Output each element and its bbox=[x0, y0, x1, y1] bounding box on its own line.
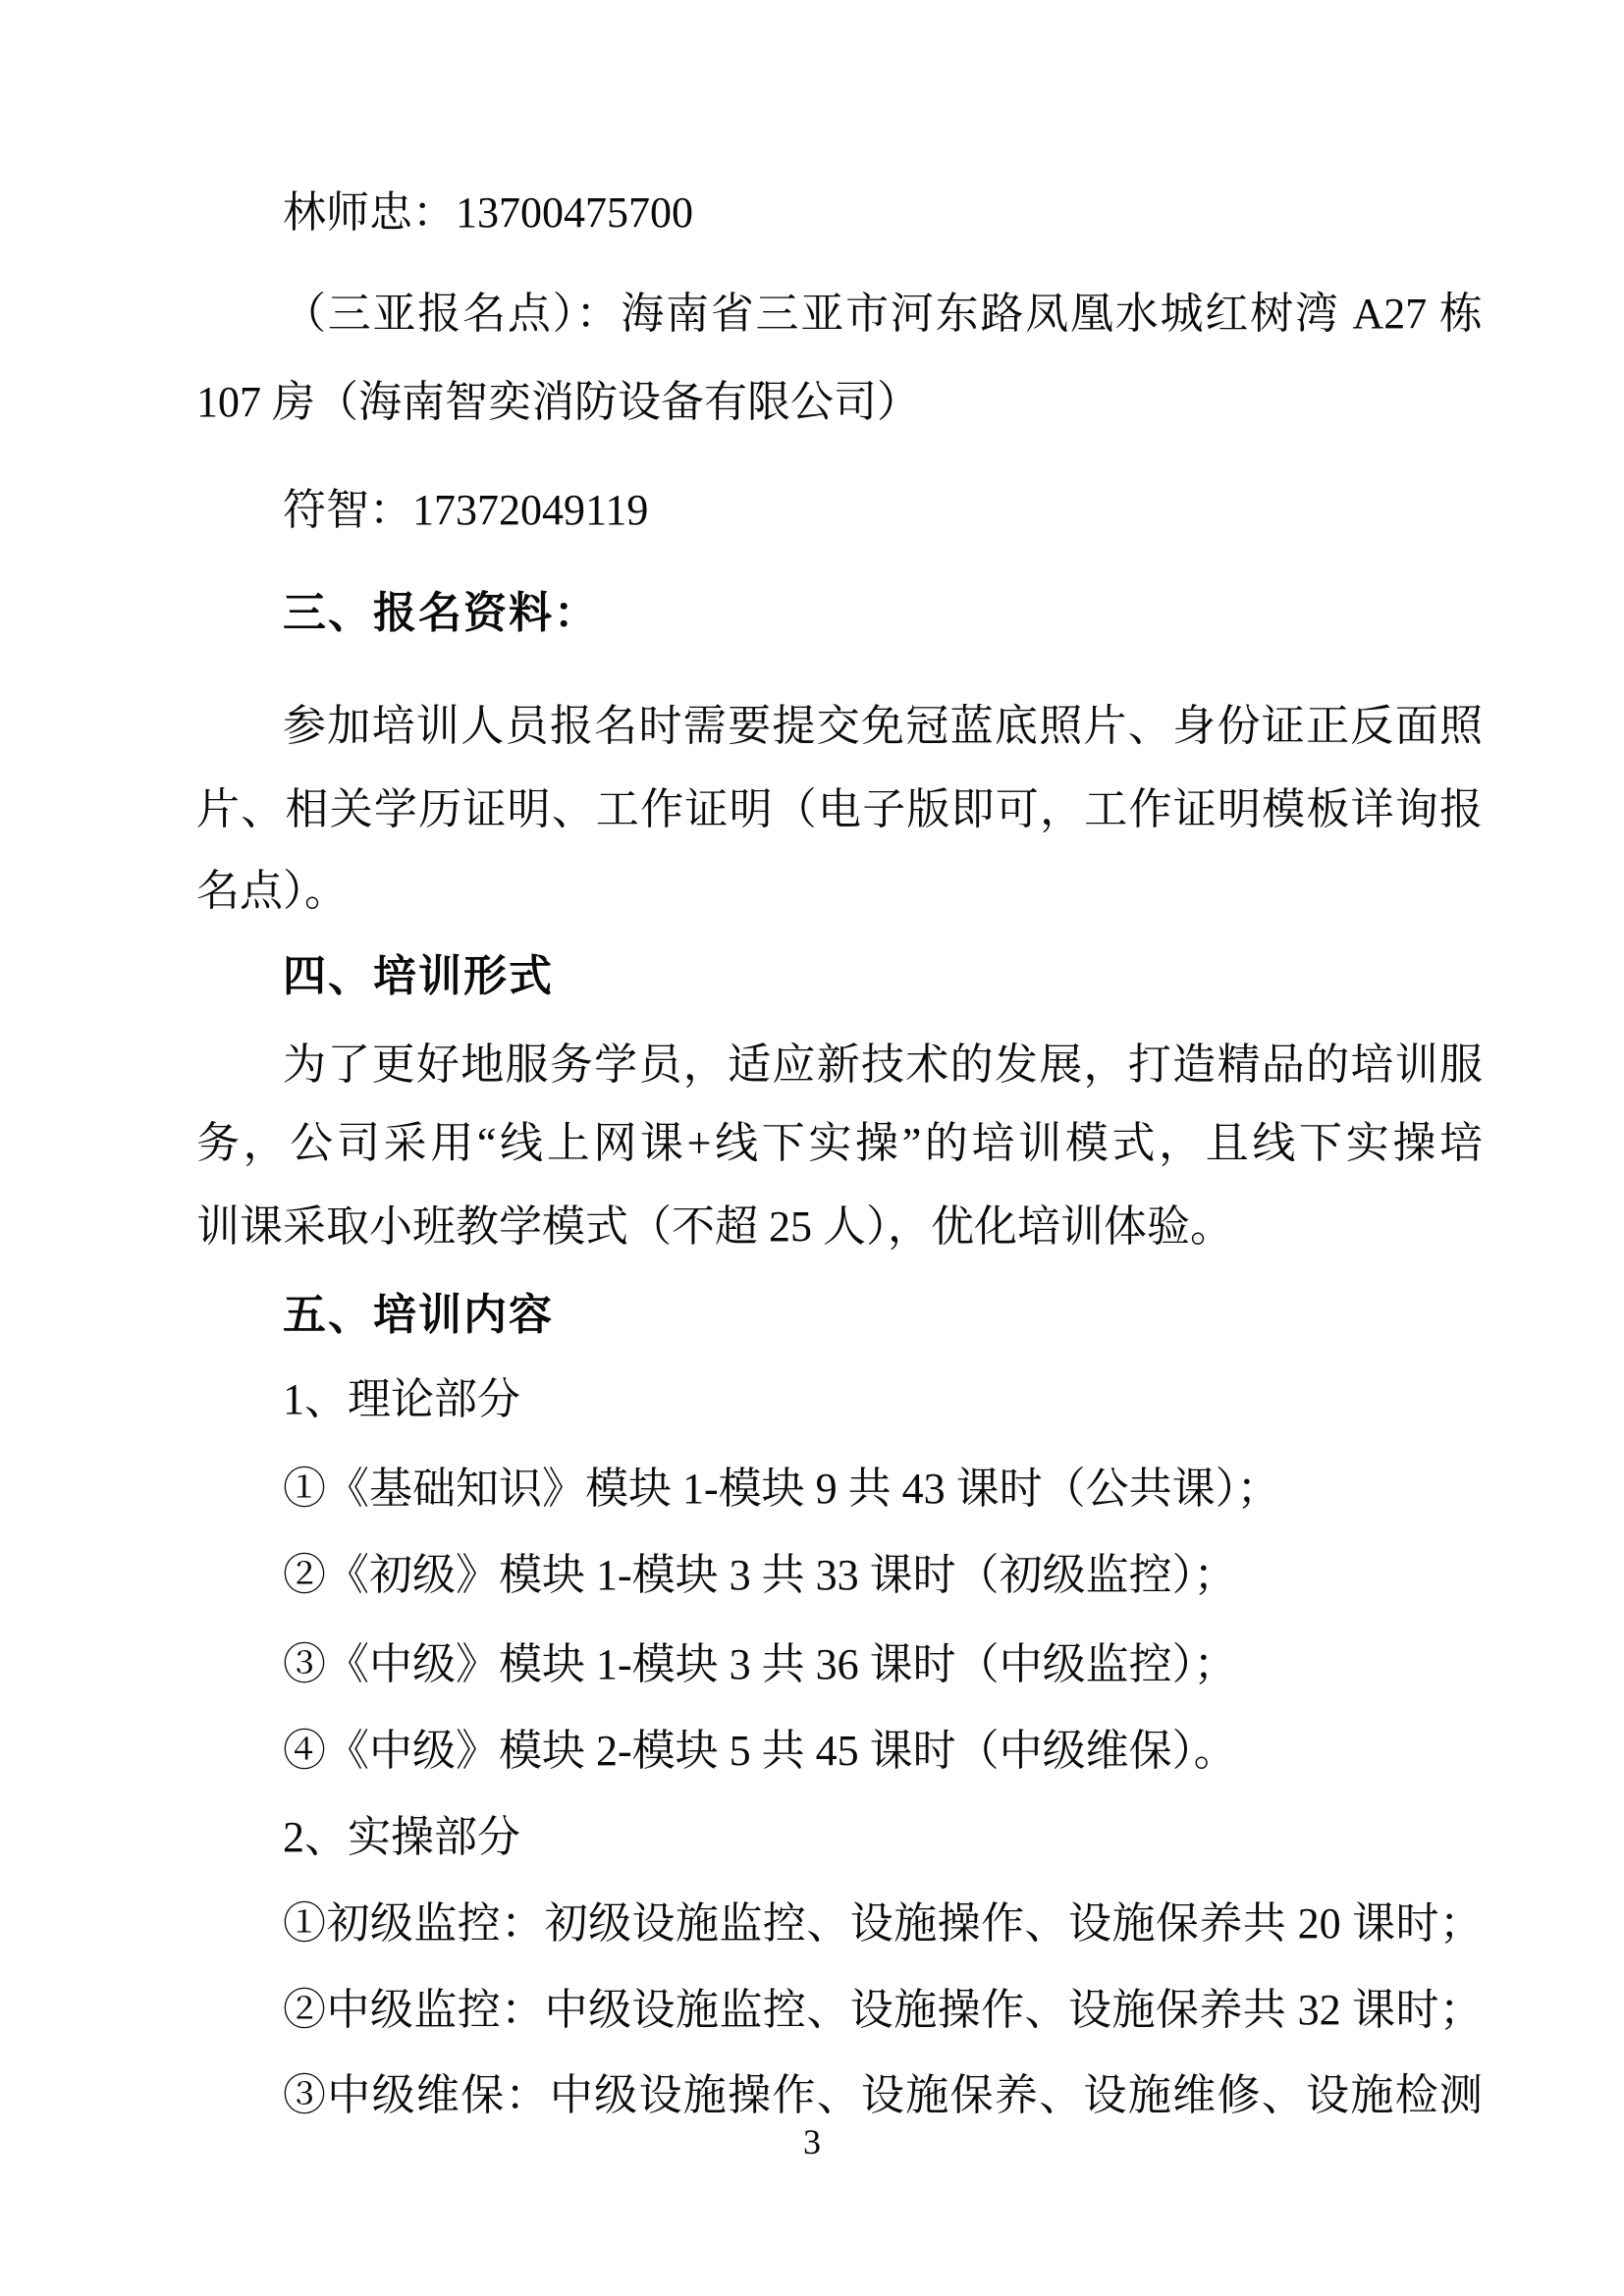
document-page: 林师忠：13700475700 （三亚报名点）：海南省三亚市河东路凤凰水城红树湾… bbox=[0, 0, 1624, 2296]
section4-body-line-2: 务，公司采用“线上网课+线下实操”的培训模式，且线下实操培 bbox=[196, 1100, 1483, 1187]
contact-phone-line: 林师忠：13700475700 bbox=[196, 170, 1483, 256]
section5-practice-subtitle: 2、实操部分 bbox=[196, 1794, 1483, 1881]
section5-theory-subtitle: 1、理论部分 bbox=[196, 1357, 1483, 1443]
theory-item-4: ④《中级》模块 2-模块 5 共 45 课时（中级维保）。 bbox=[196, 1708, 1483, 1794]
section3-body-line-1: 参加培训人员报名时需要提交免冠蓝底照片、身份证正反面照 bbox=[196, 683, 1483, 770]
section3-heading: 三、报名资料： bbox=[196, 570, 1483, 657]
sanya-registration-point-line-1: （三亚报名点）：海南省三亚市河东路凤凰水城红树湾 A27 栋 bbox=[196, 271, 1483, 357]
practice-item-1: ①初级监控：初级设施监控、设施操作、设施保养共 20 课时； bbox=[196, 1881, 1483, 1967]
contact-fuzhi-line: 符智：17372049119 bbox=[196, 467, 1483, 554]
section3-body-line-2: 片、相关学历证明、工作证明（电子版即可，工作证明模板详询报 bbox=[196, 767, 1483, 853]
practice-item-2: ②中级监控：中级设施监控、设施操作、设施保养共 32 课时； bbox=[196, 1967, 1483, 2054]
theory-item-3: ③《中级》模块 1-模块 3 共 36 课时（中级监控）； bbox=[196, 1622, 1483, 1708]
sanya-registration-point-line-2: 107 房（海南智奕消防设备有限公司） bbox=[196, 359, 1483, 446]
page-number: 3 bbox=[0, 2112, 1624, 2171]
theory-item-2: ②《初级》模块 1-模块 3 共 33 课时（初级监控）； bbox=[196, 1532, 1483, 1619]
section4-body-line-3: 训课采取小班教学模式（不超 25 人），优化培训体验。 bbox=[196, 1184, 1483, 1270]
section4-heading: 四、培训形式 bbox=[196, 934, 1483, 1020]
section3-body-line-3: 名点）。 bbox=[196, 848, 1483, 934]
section5-heading: 五、培训内容 bbox=[196, 1272, 1483, 1359]
theory-item-1: ①《基础知识》模块 1-模块 9 共 43 课时（公共课）； bbox=[196, 1446, 1483, 1532]
section4-body-line-1: 为了更好地服务学员，适应新技术的发展，打造精品的培训服 bbox=[196, 1022, 1483, 1108]
